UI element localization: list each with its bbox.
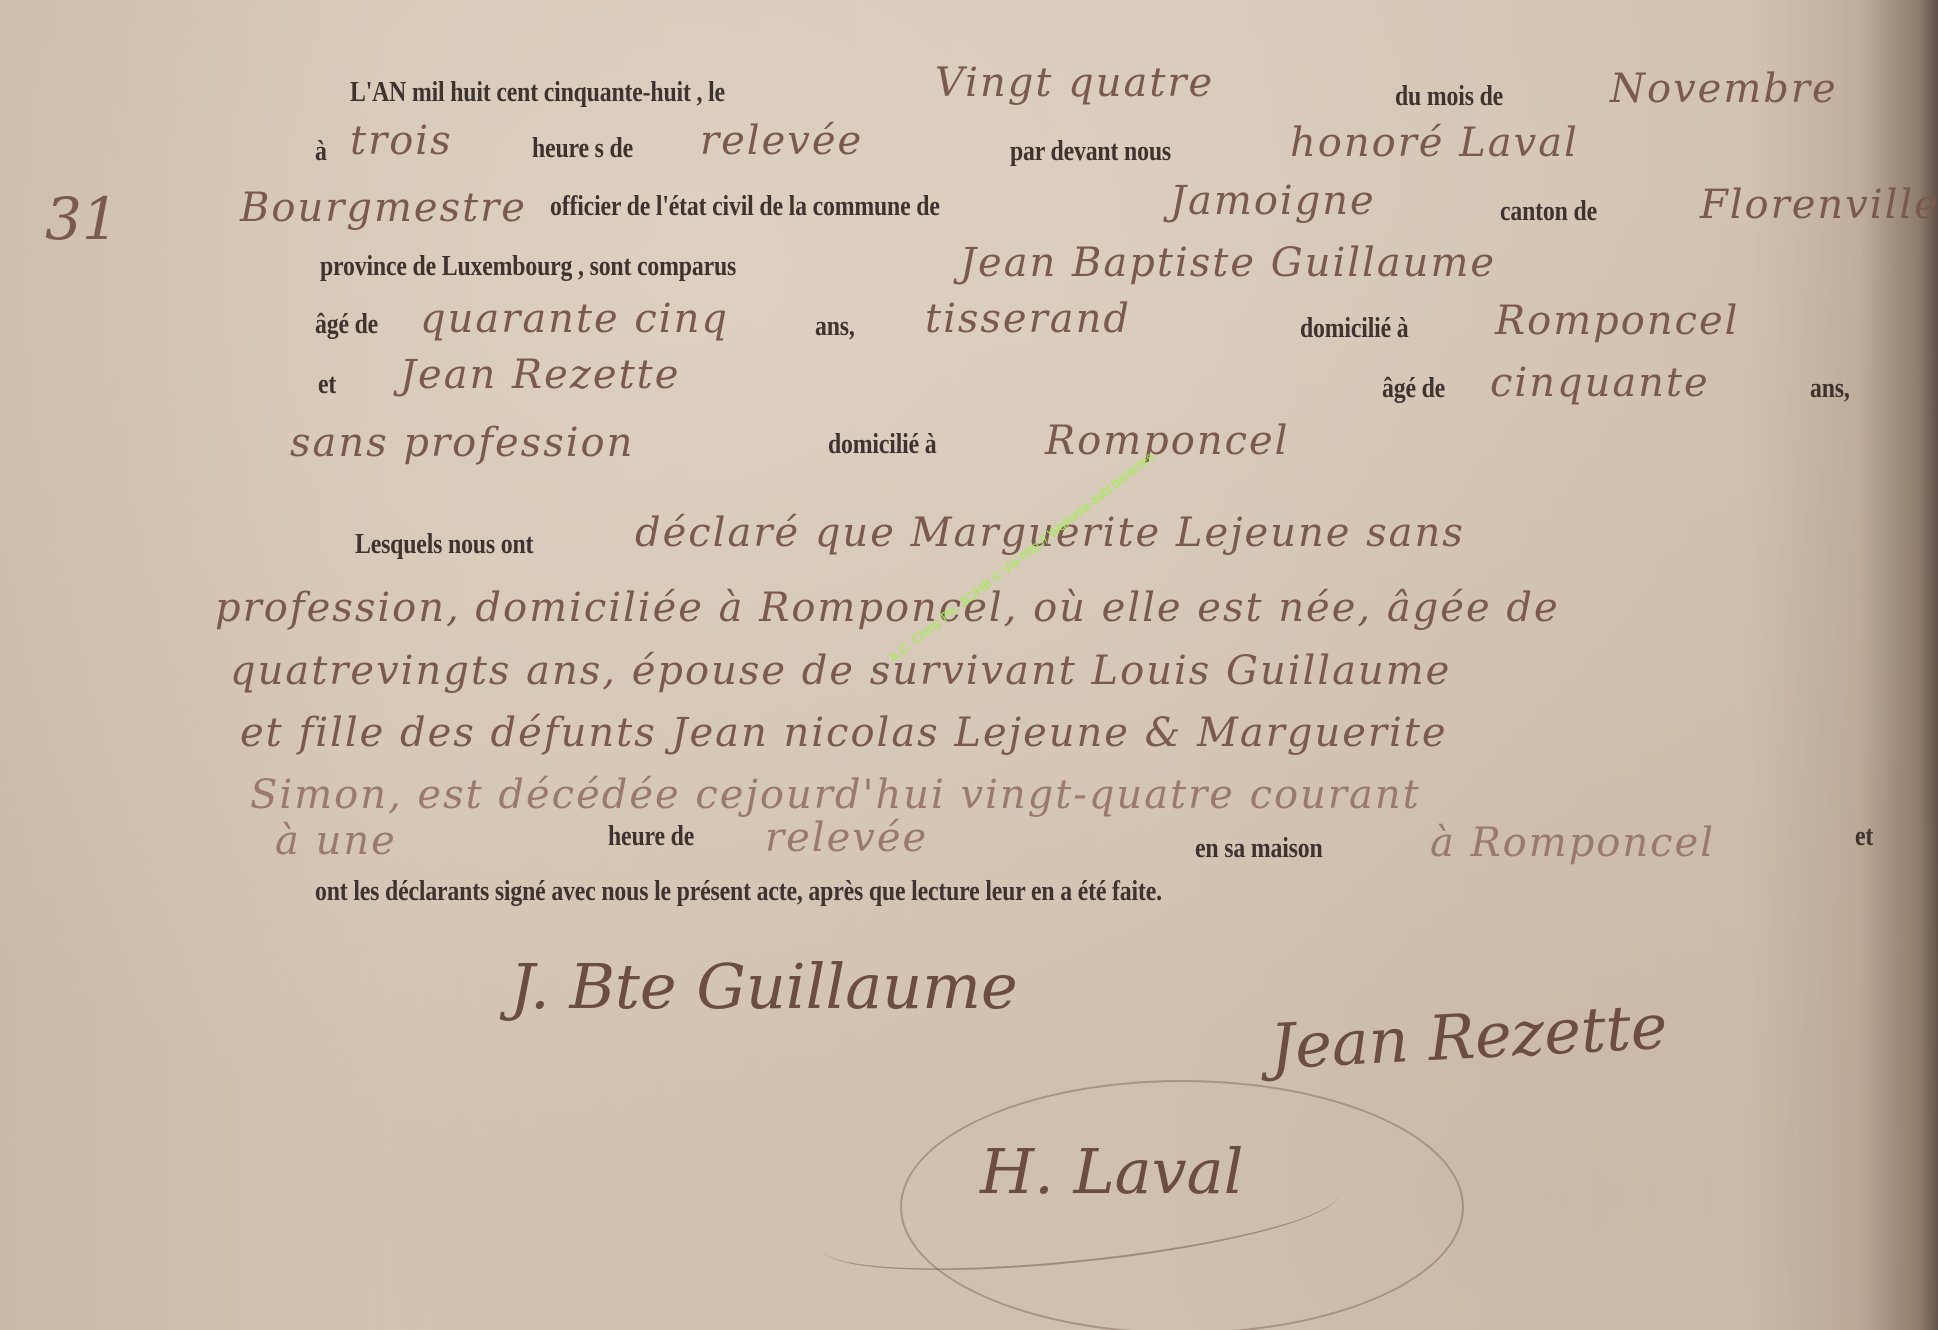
printed-age-label-1: âgé de [315, 308, 378, 341]
printed-domicile-1: domicilié à [1300, 312, 1408, 345]
hand-witness1-age: quarante cinq [420, 296, 729, 342]
hand-officer-title: Bourgmestre [240, 185, 527, 231]
printed-canton: canton de [1500, 195, 1597, 228]
signature-rezette: Jean Rezette [1268, 990, 1669, 1084]
hand-death-hour: à une [275, 818, 397, 864]
printed-et-2: et [1855, 820, 1873, 853]
hand-body-3: quatrevingts ans, épouse de survivant Lo… [230, 648, 1451, 694]
hand-body-2: profession, domiciliée à Romponcel, où e… [215, 585, 1560, 631]
printed-ans-2: ans, [1810, 372, 1850, 405]
printed-officier: officier de l'état civil de la commune d… [550, 190, 940, 223]
hand-body-5: Simon, est décédée cejourd'hui vingt-qua… [250, 772, 1421, 818]
hand-witness2-age: cinquante [1490, 360, 1710, 406]
printed-lesquels: Lesquels nous ont [355, 528, 533, 561]
hand-hour: trois [350, 118, 453, 164]
hand-witness1-occupation: tisserand [925, 296, 1131, 342]
hand-witness1-name: Jean Baptiste Guillaume [960, 240, 1496, 286]
record-number: 31 [45, 185, 119, 253]
hand-canton: Florenville [1700, 182, 1938, 228]
hand-commune: Jamoigne [1170, 178, 1376, 224]
printed-en-sa-maison: en sa maison [1195, 832, 1323, 865]
printed-et: et [318, 368, 336, 401]
hand-period: relevée [700, 118, 863, 164]
printed-age-label-2: âgé de [1382, 372, 1445, 405]
hand-month: Novembre [1610, 66, 1838, 112]
hand-witness2-domicile: Romponcel [1045, 418, 1289, 464]
hand-officer-name: honoré Laval [1290, 120, 1579, 166]
printed-year-line: L'AN mil huit cent cinquante-huit , le [350, 76, 725, 109]
hand-day: Vingt quatre [935, 60, 1214, 106]
hand-witness1-domicile: Romponcel [1495, 298, 1739, 344]
hand-witness2-occupation: sans profession [290, 420, 634, 466]
hand-death-place: à Romponcel [1430, 820, 1715, 866]
printed-month-label: du mois de [1395, 80, 1503, 113]
hand-body-4: et fille des défunts Jean nicolas Lejeun… [240, 710, 1448, 756]
printed-domicile-2: domicilié à [828, 428, 936, 461]
hand-death-period: relevée [765, 815, 928, 861]
signature-guillaume: J. Bte Guillaume [510, 950, 1018, 1023]
printed-closing: ont les déclarants signé avec nous le pr… [315, 875, 1162, 908]
watermark: A.C. Chiny Ph. JC/HB © Via http:// Wallo… [886, 449, 1157, 665]
printed-province: province de Luxembourg , sont comparus [320, 250, 736, 283]
printed-par-devant: par devant nous [1010, 135, 1171, 168]
printed-heure: heure s de [532, 132, 633, 165]
printed-a: à [315, 135, 327, 168]
printed-ans-1: ans, [815, 310, 855, 343]
hand-witness2-name: Jean Rezette [400, 352, 680, 398]
printed-heure-de: heure de [608, 820, 694, 853]
